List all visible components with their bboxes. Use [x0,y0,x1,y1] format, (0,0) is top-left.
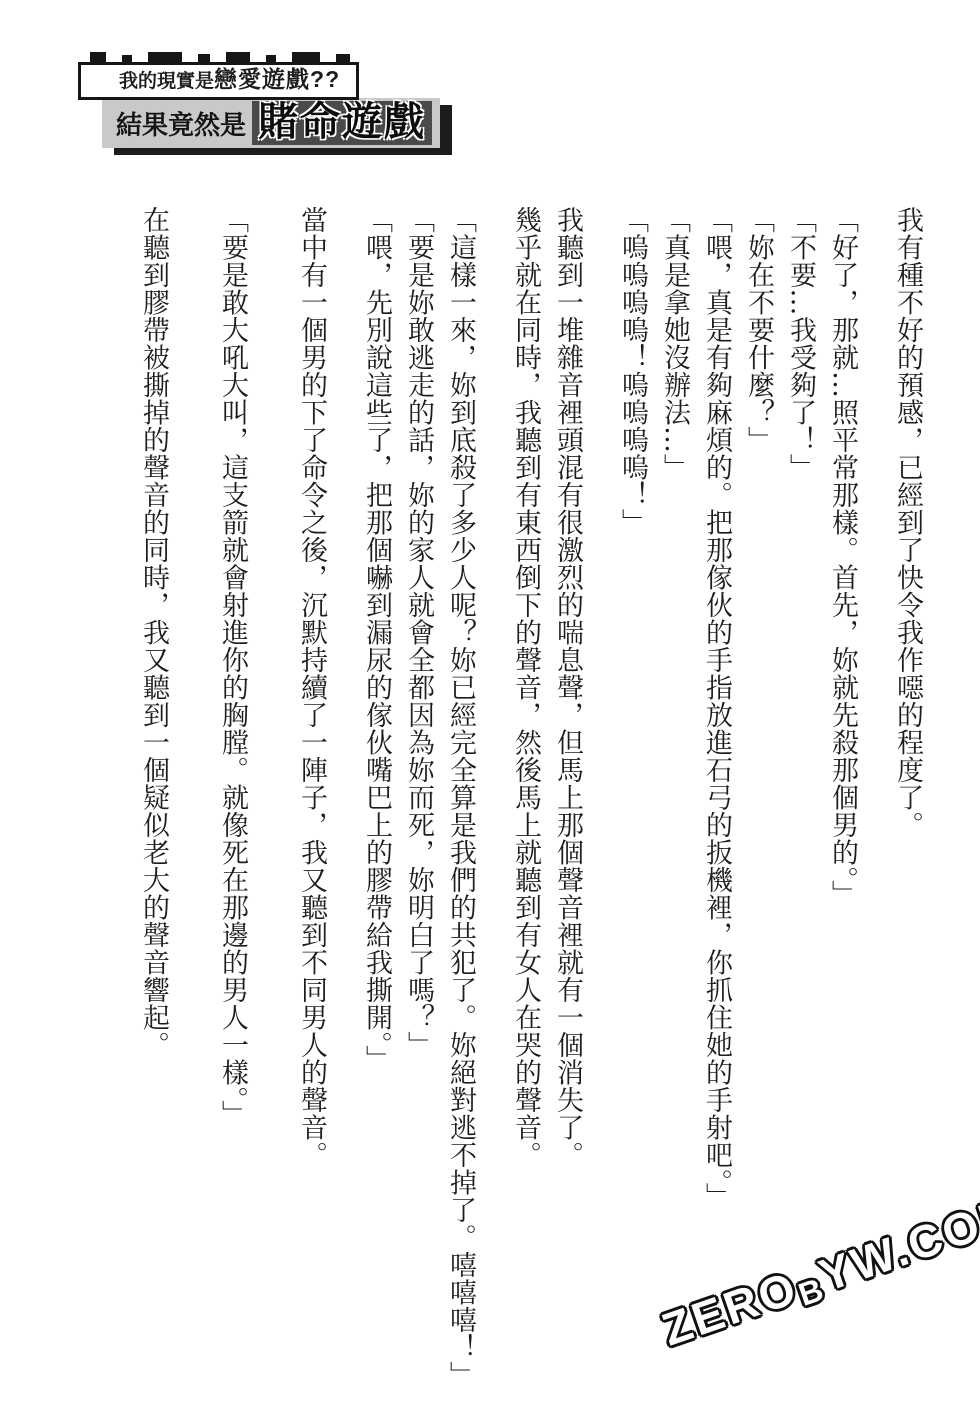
dialogue-line: 「喂，真是有夠麻煩的。把那傢伙的手指放進石弓的扳機裡，你抓住她的手射吧。」 [695,206,737,1386]
logo-decoration-tabs [90,50,440,62]
logo-tagline: 我的現實是戀愛遊戲?? [78,62,359,100]
logo-tagline-emphasis: 戀愛遊戲?? [214,66,340,92]
dialogue-line: 「不要…我受夠了！」 [779,206,821,1386]
dialogue-line: 「這樣一來，妳到底殺了多少人呢？妳已經完全算是我們的共犯了。妳絕對逃不掉了。嘻嘻… [439,206,481,1386]
logo-title-prefix: 結果竟然是 [116,105,246,142]
dialogue-line: 「好了，那就…照平常那樣。首先，妳就先殺那個男的。」 [821,206,863,1386]
narration-line: 我聽到一堆雜音裡頭混有很激烈的喘息聲，但馬上那個聲音裡就有一個消失了。 [546,206,588,1386]
logo-tagline-prefix: 我的現實是 [119,71,214,92]
dialogue-line: 「真是拿她沒辦法…」 [653,206,695,1386]
novel-text-body: 我有種不好的預感，已經到了快令我作噁的程度了。「好了，那就…照平常那樣。首先，妳… [48,206,928,1386]
logo-title-bar: 結果竟然是賭命遊戲 [102,98,440,148]
narration-line: 在聽到膠帶被撕掉的聲音的同時，我又聽到一個疑似老大的聲音響起。 [132,206,174,1386]
novel-page: 我的現實是戀愛遊戲?? 結果竟然是賭命遊戲 我有種不好的預感，已經到了快令我作噁… [0,0,980,1423]
narration-line: 當中有一個男的下了命令之後，沉默持續了一陣子，我又聽到不同男人的聲音。 [290,206,332,1386]
logo-title-main: 賭命遊戲 [252,101,432,145]
dialogue-line: 「要是妳敢逃走的話，妳的家人就會全都因為妳而死，妳明白了嗎？」 [397,206,439,1386]
dialogue-line: 「要是敢大吼大叫，這支箭就會射進你的胸膛。就像死在那邊的男人一樣。」 [211,206,253,1386]
dialogue-line: 「嗚嗚嗚嗚！嗚嗚嗚嗚！」 [611,206,653,1386]
series-logo: 我的現實是戀愛遊戲?? 結果竟然是賭命遊戲 [78,50,440,148]
dialogue-line: 「妳在不要什麼？」 [737,206,779,1386]
narration-line: 我有種不好的預感，已經到了快令我作噁的程度了。 [886,206,928,1386]
dialogue-line: 「喂，先別說這些了，把那個嚇到漏尿的傢伙嘴巴上的膠帶給我撕開。」 [355,206,397,1386]
narration-line: 幾乎就在同時，我聽到有東西倒下的聲音，然後馬上就聽到有女人在哭的聲音。 [504,206,546,1386]
